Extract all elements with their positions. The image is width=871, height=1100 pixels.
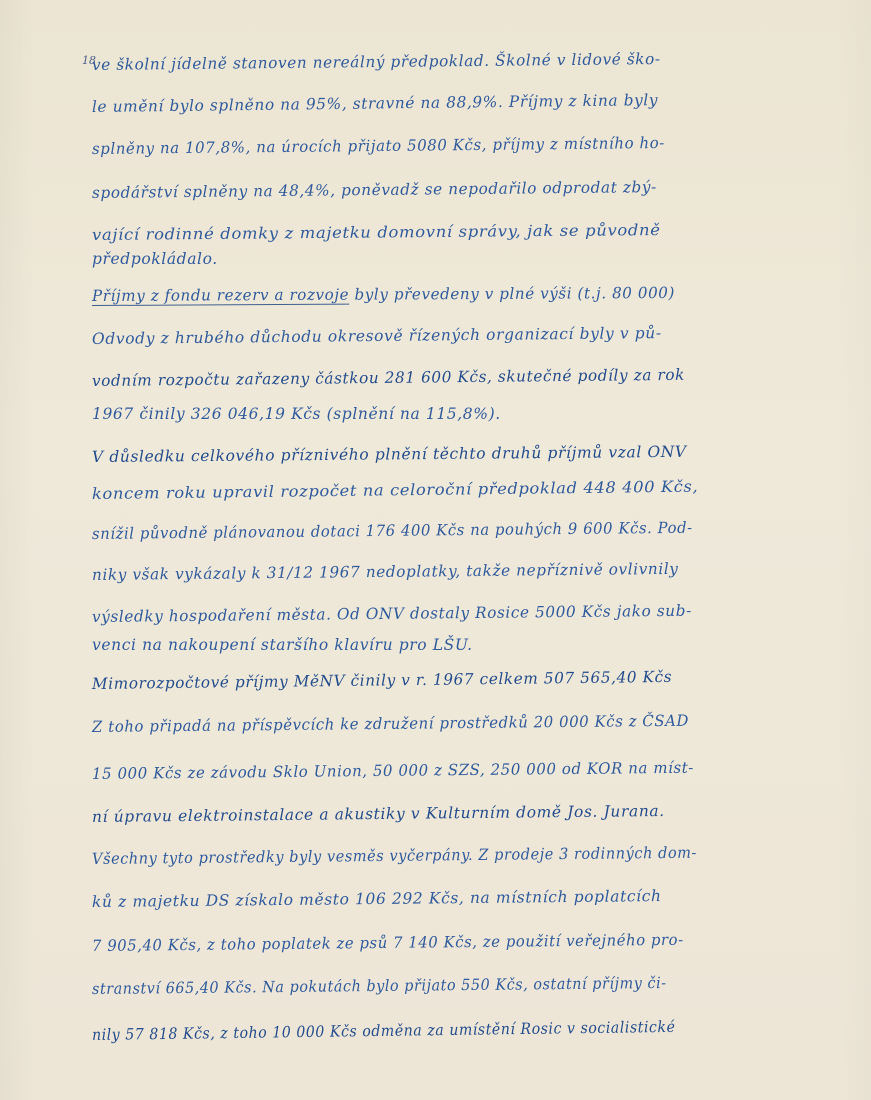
- text-line: snížil původně plánovanou dotaci 176 400…: [92, 519, 693, 543]
- text-line: nily 57 818 Kčs, z toho 10 000 Kčs odměn…: [92, 1018, 676, 1044]
- text-line-underlined-heading: Příjmy z fondu rezerv a rozvoje byly pře…: [92, 284, 675, 305]
- text-line: 1967 činily 326 046,19 Kčs (splnění na 1…: [92, 405, 501, 423]
- text-line: V důsledku celkového příznivého plnění t…: [92, 443, 687, 466]
- text-line: venci na nakoupení staršího klavíru pro …: [92, 636, 473, 654]
- text-line: ků z majetku DS získalo město 106 292 Kč…: [92, 887, 662, 911]
- text-line: 7 905,40 Kčs, z toho poplatek ze psů 7 1…: [92, 931, 684, 955]
- text-line: vodním rozpočtu zařazeny částkou 281 600…: [92, 366, 685, 390]
- text-line: Všechny tyto prostředky byly vesměs vyče…: [92, 844, 697, 868]
- text-line: předpokládalo.: [92, 250, 218, 268]
- text-line: splněny na 107,8%, na úrocích přijato 50…: [92, 134, 665, 158]
- text-line: 15 000 Kčs ze závodu Sklo Union, 50 000 …: [92, 759, 694, 783]
- text-line: niky však vykázaly k 31/12 1967 nedoplat…: [92, 560, 679, 584]
- text-line: výsledky hospodaření města. Od ONV dosta…: [92, 602, 692, 626]
- text-line: koncem roku upravil rozpočet na celoročn…: [92, 478, 698, 503]
- handwritten-page: 18 ve školní jídelně stanoven nereálný p…: [0, 0, 871, 1100]
- text-line: Odvody z hrubého důchodu okresově řízený…: [92, 324, 662, 348]
- text-line: vající rodinné domky z majetku domovní s…: [92, 221, 661, 244]
- text-line: stranství 665,40 Kčs. Na pokutách bylo p…: [92, 974, 667, 998]
- text-line: ve školní jídelně stanoven nereálný před…: [92, 50, 661, 74]
- text-line: Mimorozpočtové příjmy MěNV činily v r. 1…: [92, 668, 672, 693]
- underlined-heading: Příjmy z fondu rezerv a rozvoje: [92, 286, 349, 305]
- text-line: le umění bylo splněno na 95%, stravné na…: [92, 91, 658, 116]
- text-line: ní úpravu elektroinstalace a akustiky v …: [92, 802, 665, 826]
- text-line: spodářství splněny na 48,4%, poněvadž se…: [92, 178, 657, 202]
- text-line: Z toho připadá na příspěvcích ke združen…: [92, 712, 689, 736]
